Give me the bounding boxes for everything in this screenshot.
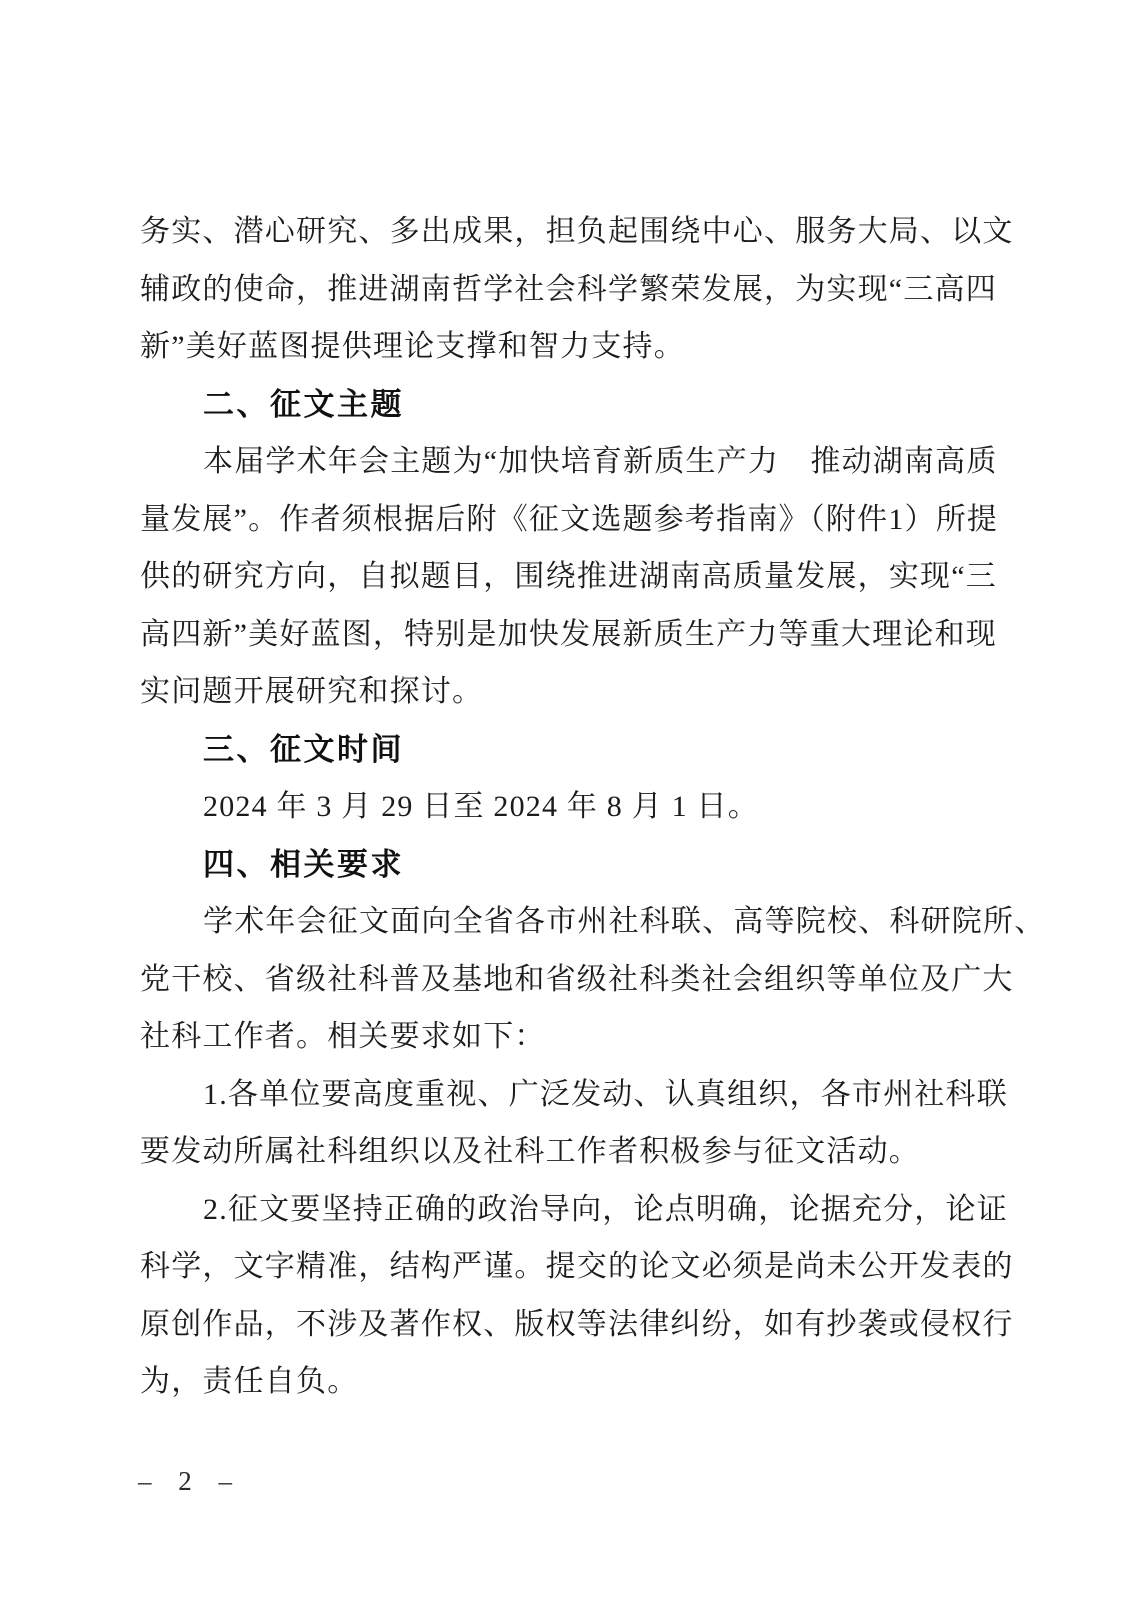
document-line: 务实、潜心研究、多出成果，担负起围绕中心、服务大局、以文 — [140, 203, 1020, 261]
document-line: 2024 年 3 月 29 日至 2024 年 8 月 1 日。 — [140, 778, 1020, 836]
document-body: 务实、潜心研究、多出成果，担负起围绕中心、服务大局、以文辅政的使命，推进湖南哲学… — [140, 203, 1020, 1411]
document-page: 务实、潜心研究、多出成果，担负起围绕中心、服务大局、以文辅政的使命，推进湖南哲学… — [0, 0, 1131, 1600]
document-line: 本届学术年会主题为“加快培育新质生产力 推动湖南高质 — [140, 433, 1020, 491]
document-line: 新”美好蓝图提供理论支撑和智力支持。 — [140, 318, 1020, 376]
document-line: 2.征文要坚持正确的政治导向，论点明确，论据充分，论证 — [140, 1181, 1020, 1239]
document-line: 社科工作者。相关要求如下： — [140, 1008, 1020, 1066]
document-line: 辅政的使命，推进湖南哲学社会科学繁荣发展，为实现“三高四 — [140, 261, 1020, 319]
document-line: 要发动所属社科组织以及社科工作者积极参与征文活动。 — [140, 1123, 1020, 1181]
document-line: 科学，文字精准，结构严谨。提交的论文必须是尚未公开发表的 — [140, 1238, 1020, 1296]
document-line: 供的研究方向，自拟题目，围绕推进湖南高质量发展，实现“三 — [140, 548, 1020, 606]
document-line: 为，责任自负。 — [140, 1353, 1020, 1411]
section-heading: 三、征文时间 — [140, 721, 1020, 779]
section-heading: 二、征文主题 — [140, 376, 1020, 434]
section-heading: 四、相关要求 — [140, 836, 1020, 894]
document-line: 量发展”。作者须根据后附《征文选题参考指南》（附件1）所提 — [140, 491, 1020, 549]
document-line: 学术年会征文面向全省各市州社科联、高等院校、科研院所、 — [140, 893, 1020, 951]
document-line: 实问题开展研究和探讨。 — [140, 663, 1020, 721]
document-line: 高四新”美好蓝图，特别是加快发展新质生产力等重大理论和现 — [140, 606, 1020, 664]
document-line: 党干校、省级社科普及基地和省级社科类社会组织等单位及广大 — [140, 951, 1020, 1009]
document-line: 1.各单位要高度重视、广泛发动、认真组织，各市州社科联 — [140, 1066, 1020, 1124]
page-number: – 2 – — [138, 1462, 242, 1500]
document-line: 原创作品，不涉及著作权、版权等法律纠纷，如有抄袭或侵权行 — [140, 1296, 1020, 1354]
